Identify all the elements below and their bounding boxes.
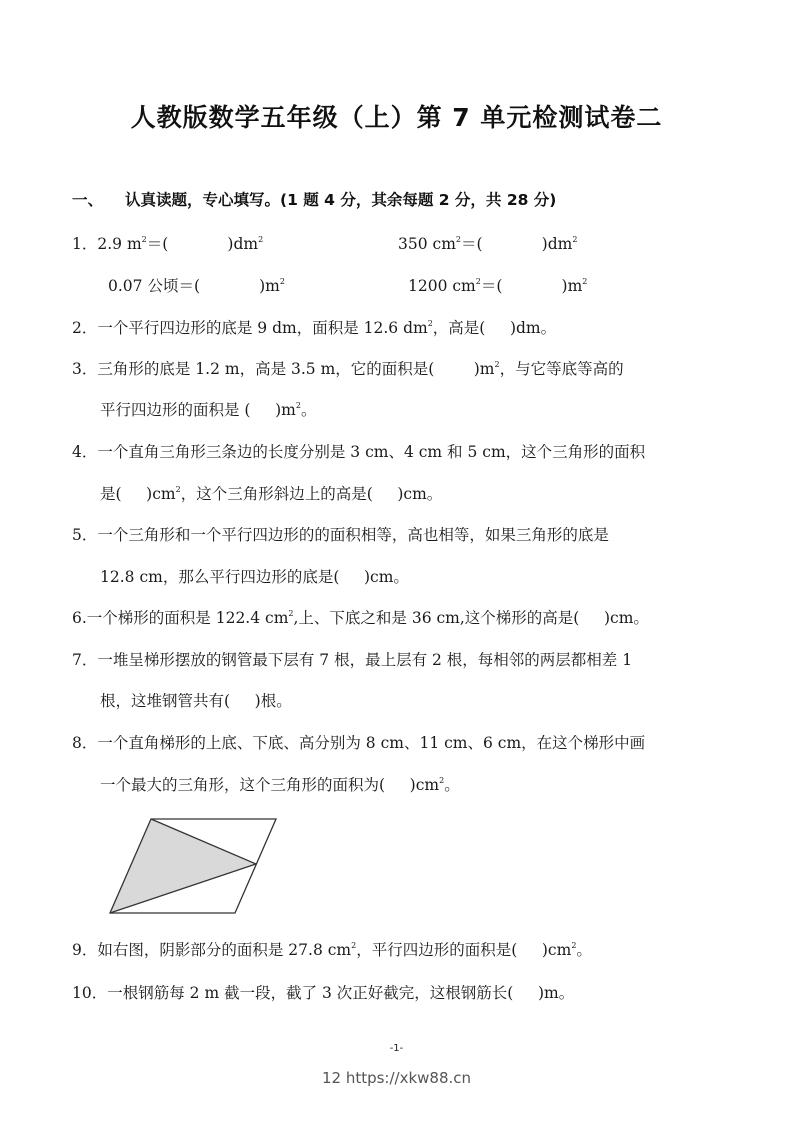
question-5-line-1: 5．一个三角形和一个平行四边形的的面积相等，高也相等，如果三角形的底是 — [72, 523, 609, 545]
section-heading: 一、认真读题，专心填写。(1 题 4 分，其余每题 2 分，共 28 分) — [72, 188, 556, 210]
question-7-line-2: 根，这堆钢管共有( )根。 — [100, 689, 292, 711]
question-8-line-2: 一个最大的三角形，这个三角形的面积为( )cm2。 — [100, 773, 460, 795]
question-1-row-2b: 1200 cm2＝( )m2 — [408, 274, 587, 296]
question-5-line-2: 12.8 cm，那么平行四边形的底是( )cm。 — [100, 565, 409, 587]
question-1-row-1b: 350 cm2＝( )dm2 — [398, 232, 577, 254]
parallelogram-figure — [104, 812, 284, 926]
page-title: 人教版数学五年级（上）第 7 单元检测试卷二 — [0, 98, 793, 134]
question-6: 6.一个梯形的面积是 122.4 cm2,上、下底之和是 36 cm,这个梯形的… — [72, 606, 649, 628]
question-4-line-1: 4．一个直角三角形三条边的长度分别是 3 cm、4 cm 和 5 cm，这个三角… — [72, 440, 645, 462]
page-number: -1- — [0, 1043, 793, 1054]
footer-watermark-url: 12 https://xkw88.cn — [0, 1069, 793, 1087]
question-9: 9．如右图，阴影部分的面积是 27.8 cm2，平行四边形的面积是( )cm2。 — [72, 938, 592, 960]
section-instructions: 认真读题，专心填写。(1 题 4 分，其余每题 2 分，共 28 分) — [125, 191, 556, 209]
question-1-row-2: 0.07 公顷＝( )m2 — [108, 274, 285, 296]
question-3-line-1: 3．三角形的底是 1.2 m，高是 3.5 m，它的面积是( )m2，与它等底等… — [72, 357, 624, 379]
question-8-line-1: 8．一个直角梯形的上底、下底、高分别为 8 cm、11 cm、6 cm，在这个梯… — [72, 731, 645, 753]
question-4-line-2: 是( )cm2，这个三角形斜边上的高是( )cm。 — [100, 482, 442, 504]
question-3-line-2: 平行四边形的面积是 ( )m2。 — [100, 398, 316, 420]
question-7-line-1: 7．一堆呈梯形摆放的钢管最下层有 7 根，最上层有 2 根，每相邻的两层都相差 … — [72, 648, 632, 670]
question-2: 2．一个平行四边形的底是 9 dm，面积是 12.6 dm2，高是( )dm。 — [72, 316, 556, 338]
question-1-row-1: 1．2.9 m2＝( )dm2 — [72, 232, 263, 254]
question-10: 10．一根钢筋每 2 m 截一段，截了 3 次正好截完，这根钢筋长( )m。 — [72, 981, 574, 1003]
section-number: 一、 — [72, 191, 103, 209]
